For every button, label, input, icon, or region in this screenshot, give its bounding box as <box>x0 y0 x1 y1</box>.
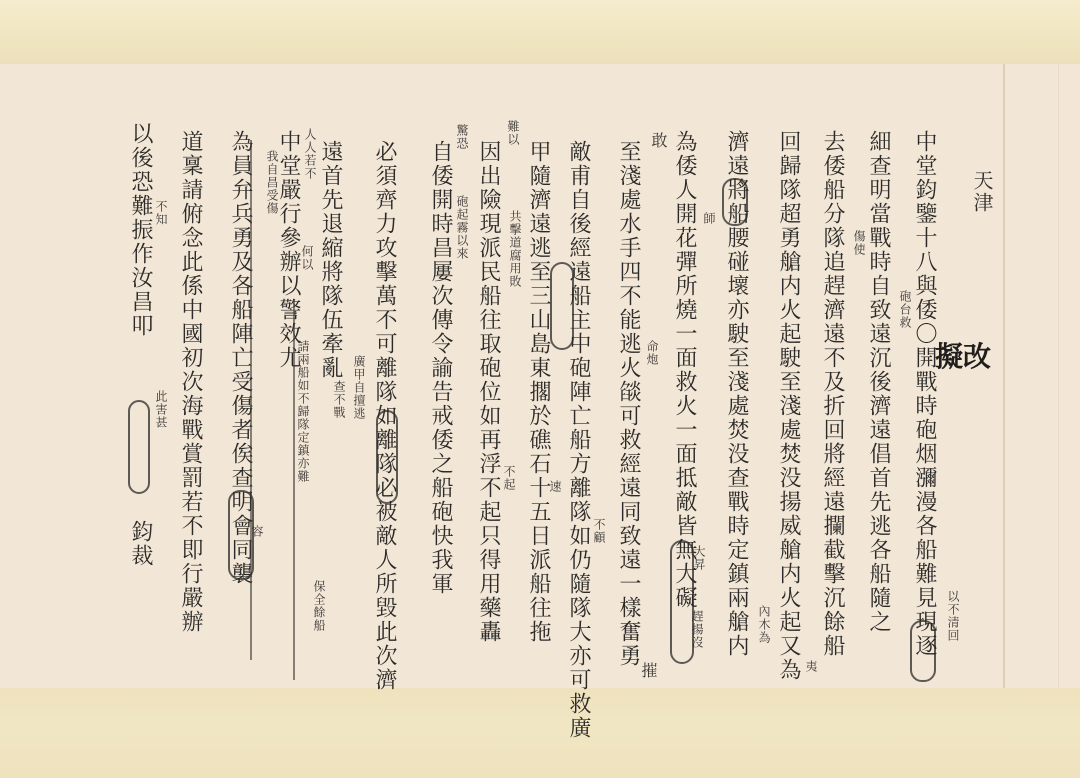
text-column-17: 以後恐難振作汝昌叩 <box>128 122 152 338</box>
marginal-note: 何以 <box>300 245 313 271</box>
marginal-note: 不起 <box>502 465 515 491</box>
text-column-16: 道稟請俯念此係中國初次海戰賞罰若不即行嚴辦 <box>178 130 202 634</box>
text-column-11: 自倭開時昌屢次傳令諭告戒倭之船砲快我軍 <box>428 140 452 596</box>
marginal-note: 師 <box>702 212 715 225</box>
marginal-note: 命炮 <box>645 340 658 366</box>
text-column-1: 中堂鈞鑒十八與倭〇開戰時砲烟瀰漫各船難見現逐 <box>912 130 936 658</box>
marginal-note: 請兩船如不歸隊定鎮亦難 <box>296 340 309 483</box>
edit-bracket <box>910 620 936 682</box>
marginal-note: 廣甲自擅逃 <box>352 355 365 420</box>
marginal-note: 保全餘船 <box>312 580 325 632</box>
marginal-note: 不知 <box>154 200 167 226</box>
marginal-note: 共擊道腐用敗 <box>508 210 521 288</box>
text-column-3: 去倭船分隊追趕濟遠不及折回將經遠攔截擊沉餘船 <box>820 130 844 658</box>
marginal-note: 不顧 <box>592 518 605 544</box>
mounting-border-top <box>0 0 1080 64</box>
edit-mark: 擬改 <box>935 335 991 375</box>
paper-fold-line-secondary <box>1058 64 1059 688</box>
text-column-6: 為倭人開花彈所燒一面救火一面抵敵皆無大礙 <box>672 130 696 610</box>
text-column-13: 遠首先退縮將隊伍牽亂 <box>318 140 342 380</box>
edit-line <box>250 140 252 660</box>
marginal-note: 此害甚 <box>154 390 167 429</box>
marginal-note: 以不清回 <box>946 590 959 642</box>
marginal-note: 敢 <box>652 132 665 149</box>
marginal-note: 驚恐 <box>455 124 468 150</box>
text-column-8: 敵甫自後經遠船主中砲陣亡船方離隊如仍隨隊大亦可救廣 <box>566 140 590 740</box>
text-column-9: 甲隨濟遠逃至三山島東擱於礁石十五日派船往拖 <box>526 140 550 644</box>
edit-bracket <box>550 262 574 350</box>
text-column-7: 至淺處水手四不能逃火燄可救經遠同致遠一樣奮勇 <box>616 140 640 668</box>
marginal-note: 傷使 <box>852 230 865 256</box>
place-heading: 天津 <box>968 170 997 214</box>
text-column-14: 中堂嚴行參辦以警效尤 <box>276 130 300 370</box>
marginal-note: 難以 <box>506 120 519 146</box>
text-column-4: 回歸隊超勇艙内火起駛至淺處焚没揚威艙内火起又為 <box>776 130 800 682</box>
marginal-note: 內木為 <box>757 605 770 644</box>
text-column-2: 細查明當戰時自致遠沉後濟遠倡首先逃各船隨之 <box>866 130 890 634</box>
marginal-note: 砲起霧以來 <box>455 195 468 260</box>
marginal-note: 人人若不 <box>303 128 316 180</box>
text-column-10: 因出險現派民船往取砲位如再浮不起只得用藥轟 <box>476 140 500 644</box>
edit-bracket <box>128 400 150 494</box>
edit-line <box>293 300 295 680</box>
marginal-note: 速 <box>548 480 561 493</box>
marginal-note: 夷 <box>804 660 817 673</box>
edit-bracket <box>670 540 694 664</box>
marginal-note: 查不戰 <box>332 380 345 419</box>
marginal-note: 我自昌受傷 <box>265 150 278 215</box>
signoff-text: 鈞裁 <box>128 520 152 568</box>
edit-bracket <box>376 410 398 504</box>
mounting-border-bottom <box>0 688 1080 778</box>
edit-bracket <box>722 178 748 226</box>
marginal-note: 砲台救 <box>898 290 911 329</box>
marginal-note: 摧 <box>642 662 655 679</box>
paper-fold-line <box>1003 64 1005 688</box>
